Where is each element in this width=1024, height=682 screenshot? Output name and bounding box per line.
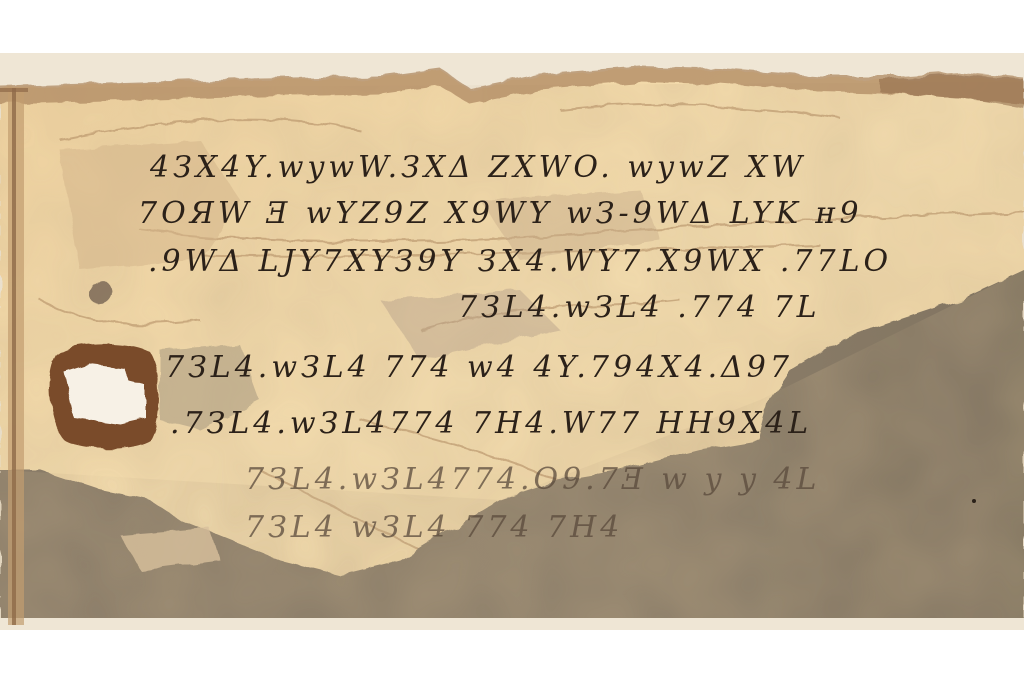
inscription-line-8: 7ЗL4 wЗL4 774 7H4 [245,510,623,545]
inscription-line-6: .7ЗL4.wЗL4774 7H4.W77 HH9X4L [170,406,812,441]
manuscript-artwork [0,0,1024,682]
inscription-line-2: 7OЯW Ǝ wYZ9Z X9WY wЗ-9WΔ LYK ʜ9 [138,196,863,231]
inscription-line-5: 7ЗL4.wЗL4 774 w4 4Y.794X4.Δ97 [165,350,793,385]
ink-blot [88,280,112,304]
inscription-line-7: 7ЗL4.wЗL4774.O9.7Ǝ w y y 4L [245,462,820,497]
manuscript-painting: 4ЗX4Y.wywW.ЗXΔ ZXWO. wywZ XW 7OЯW Ǝ wYZ9… [0,0,1024,682]
inscription-line-4: 7ЗL4.wЗL4 .774 7L [458,290,821,325]
inscription-line-3: .9WΔ LJY7XYЗ9Y ЗX4.WY7.X9WX .77LO [148,244,892,279]
inscription-line-1: 4ЗX4Y.wywW.ЗXΔ ZXWO. wywZ XW [150,150,806,185]
